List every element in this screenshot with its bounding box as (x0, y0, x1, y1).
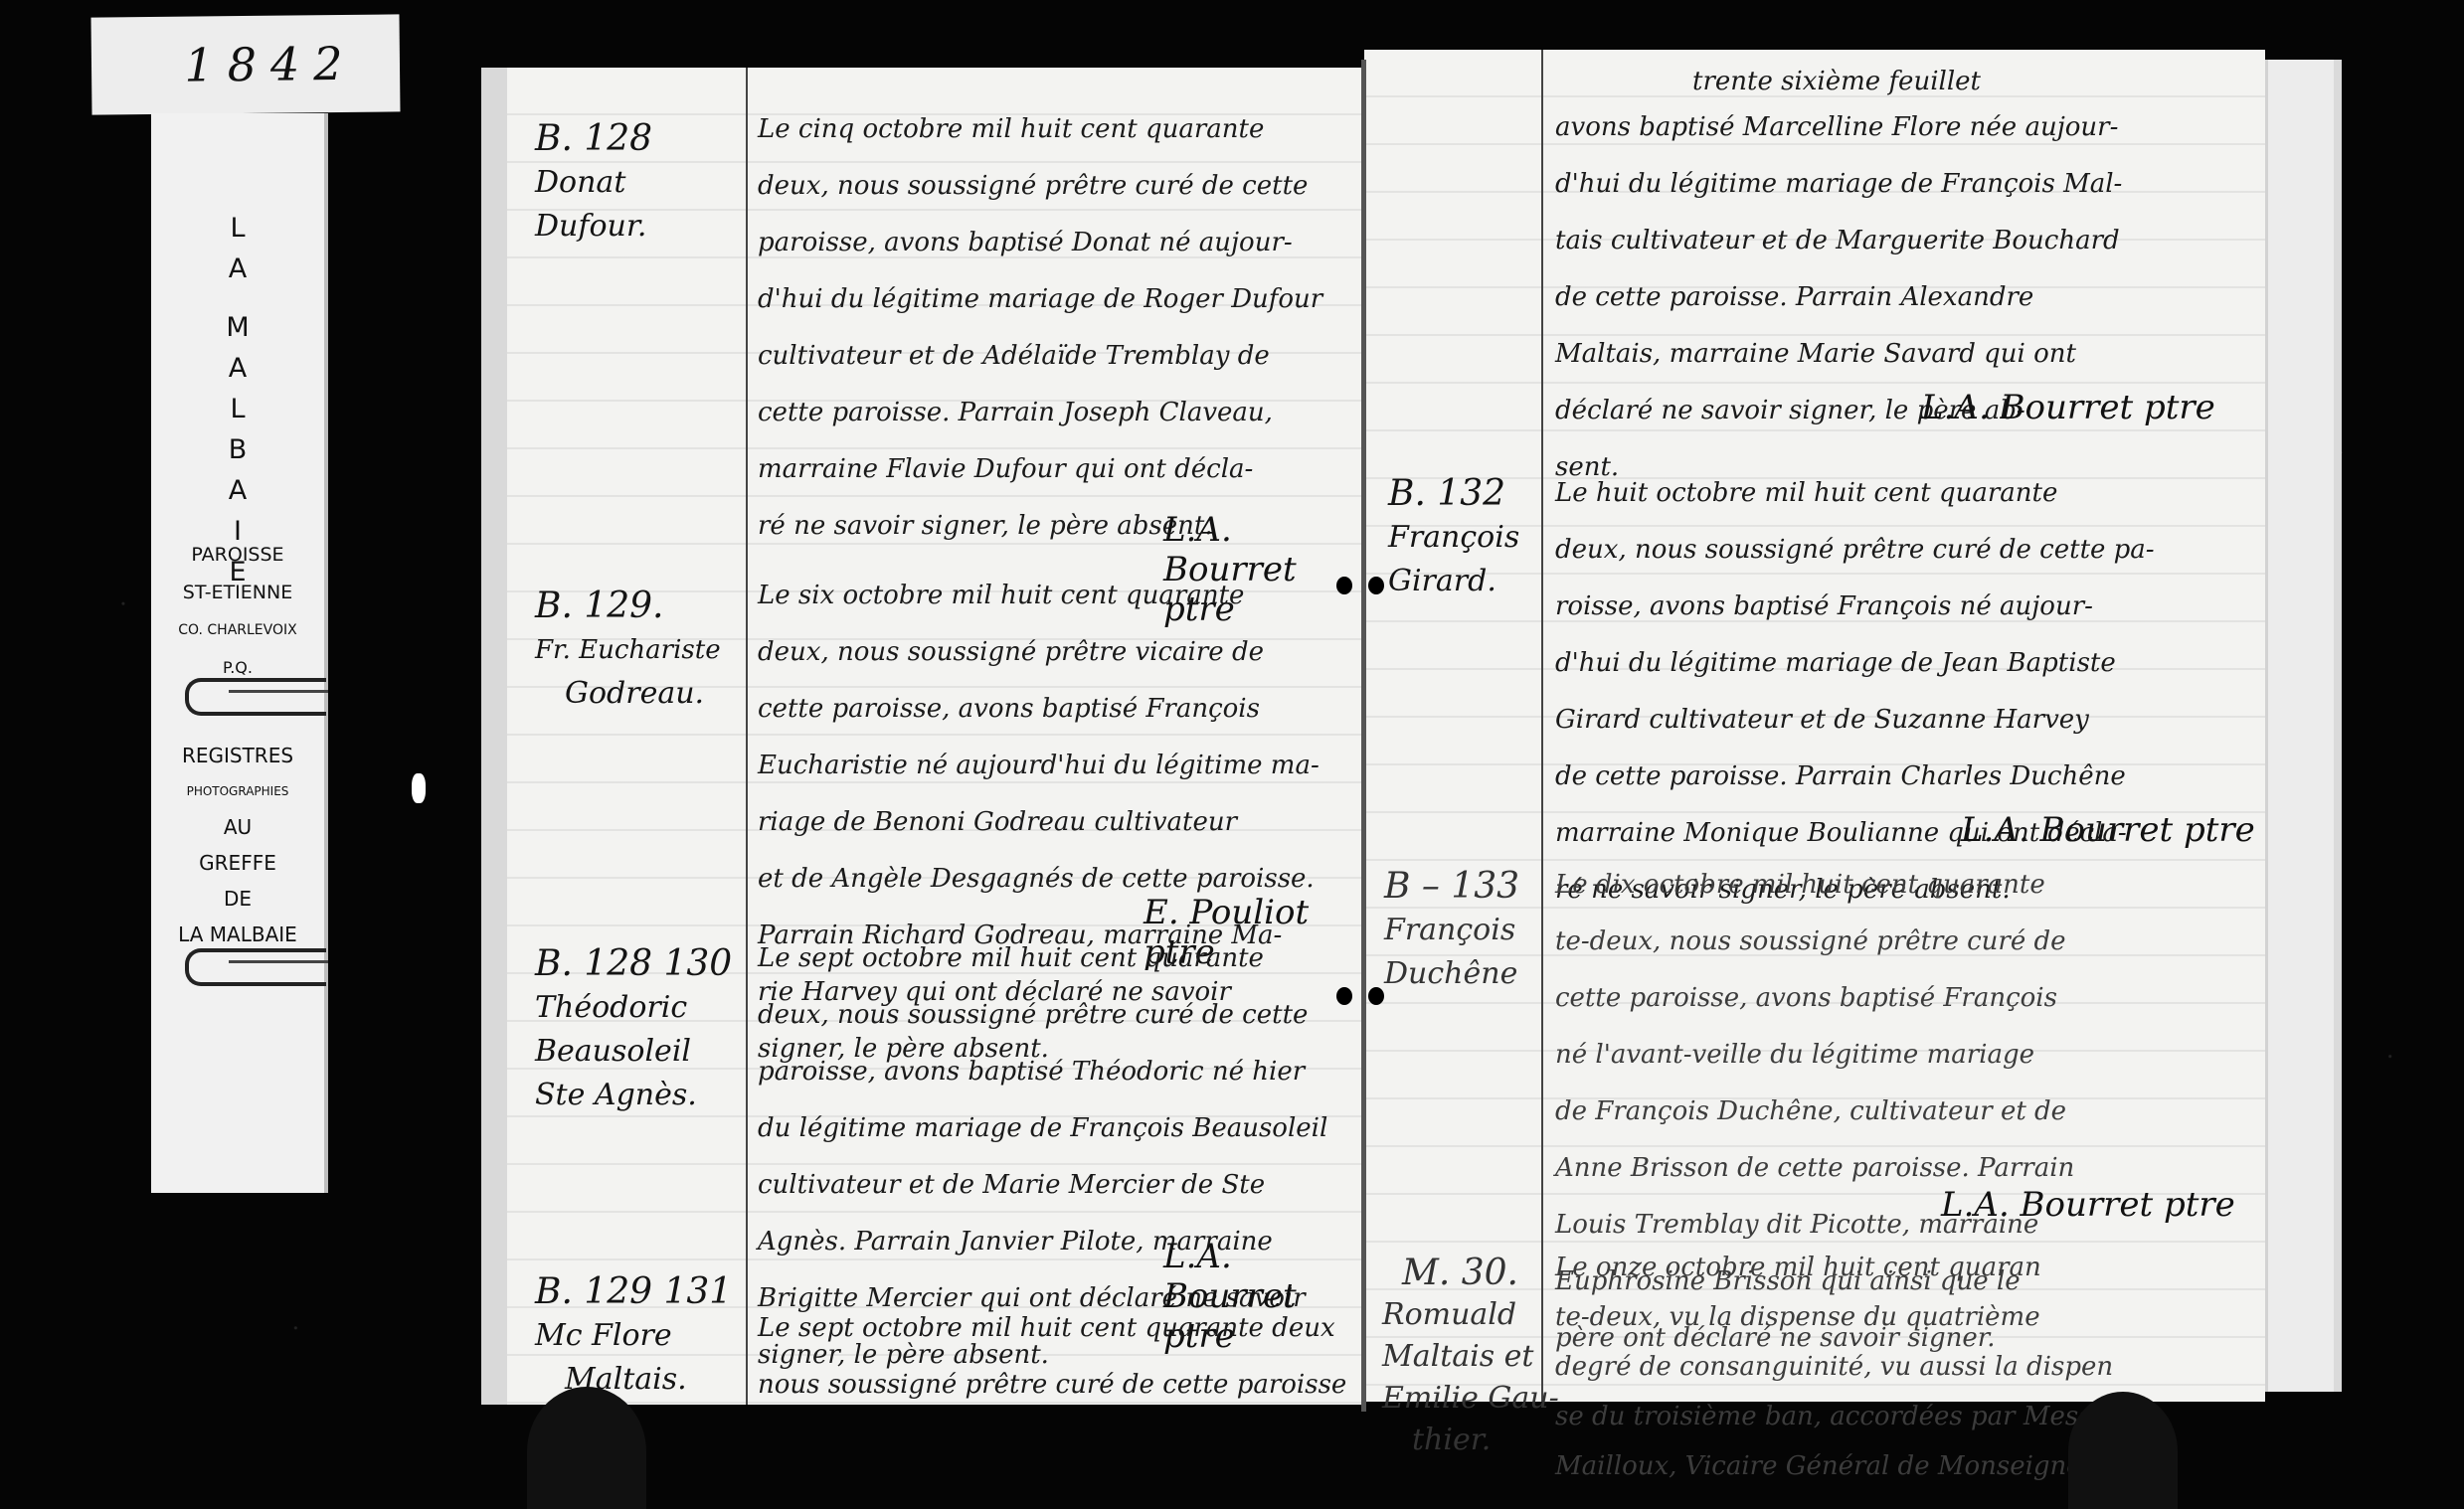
signature: L.A. Bourret ptre (1921, 388, 2215, 427)
binding-hole (1368, 987, 1384, 1005)
book-gutter (1361, 60, 1366, 1412)
year-text: 1842 (184, 37, 357, 92)
binding-hole (1336, 577, 1352, 594)
right-page: trente sixième feuillet avons baptisé Ma… (1364, 50, 2265, 1402)
registry-line: DE (151, 881, 324, 917)
parish-line: PAROISSE (151, 536, 324, 574)
margin-note-b130: B. 128 130 Théodoric Beausoleil Ste Agnè… (535, 942, 732, 1117)
page-edge-stack (2265, 60, 2342, 1392)
entry-text-b132: Le huit octobre mil huit cent quarante d… (1555, 465, 2201, 919)
parish-block: PAROISSE ST-ETIENNE CO. CHARLEVOIX P.Q. (151, 536, 324, 687)
strip-letter: L (230, 208, 245, 249)
margin-note-b129: B. 129. Fr. Euchariste Godreau. (535, 585, 721, 716)
margin-rule (746, 68, 748, 1405)
registry-line: PHOTOGRAPHIES (151, 773, 324, 809)
thumb-right (2068, 1392, 2178, 1509)
registry-line: AU (151, 809, 324, 845)
parish-line: ST-ETIENNE (151, 574, 324, 611)
margin-note-b132: B. 132 François Girard. (1388, 472, 1519, 603)
strip-letter: A (229, 249, 247, 289)
signature: L.A. Bourret ptre (1941, 1185, 2235, 1225)
signature: L.A. Bourret ptre (1961, 810, 2255, 850)
parish-line: CO. CHARLEVOIX (151, 611, 324, 649)
margin-note-b128: B. 128 Donat Dufour. (535, 117, 652, 249)
margin-note-b133: B – 133 François Duchêne (1384, 865, 1519, 996)
entry-text-b128: Le cinq octobre mil huit cent quarante d… (758, 101, 1364, 555)
registry-line: LA MALBAIE (151, 917, 324, 952)
left-page: B. 128 Donat Dufour. Le cinq octobre mil… (481, 68, 1364, 1405)
strip-letter: L (230, 389, 245, 429)
entry-text-continuation: avons baptisé Marcelline Flore née aujou… (1555, 99, 2201, 496)
strip-letter: A (229, 348, 247, 389)
register-book: B. 128 Donat Dufour. Le cinq octobre mil… (481, 60, 2271, 1402)
strip-letter: M (226, 307, 249, 348)
registry-block: REGISTRES PHOTOGRAPHIES AU GREFFE DE LA … (151, 738, 324, 952)
year-label: 1842 (90, 14, 400, 114)
thumb-left (527, 1387, 646, 1509)
paper-clip-icon (185, 678, 326, 716)
binding-hole (1368, 577, 1384, 594)
strip-letter: A (229, 470, 247, 511)
margin-rule (1541, 50, 1543, 1402)
strip-letter: B (229, 429, 248, 470)
margin-note-b131: B. 129 131 Mc Flore Maltais. (535, 1270, 732, 1402)
paper-clip-icon (185, 948, 326, 986)
film-speck (412, 773, 426, 803)
entry-text-b131: Le sept octobre mil huit cent quarante d… (758, 1300, 1384, 1414)
binding-hole (1336, 987, 1352, 1005)
registry-line: GREFFE (151, 845, 324, 881)
identification-strip: L A M A L B A I E PAROISSE ST-ETIENNE CO… (151, 113, 328, 1193)
strip-title-vertical: L A M A L B A I E (151, 208, 324, 592)
margin-note-m30: M. 30. Romuald Maltais et Emilie Gau- th… (1382, 1253, 1559, 1461)
registry-line: REGISTRES (151, 738, 324, 773)
